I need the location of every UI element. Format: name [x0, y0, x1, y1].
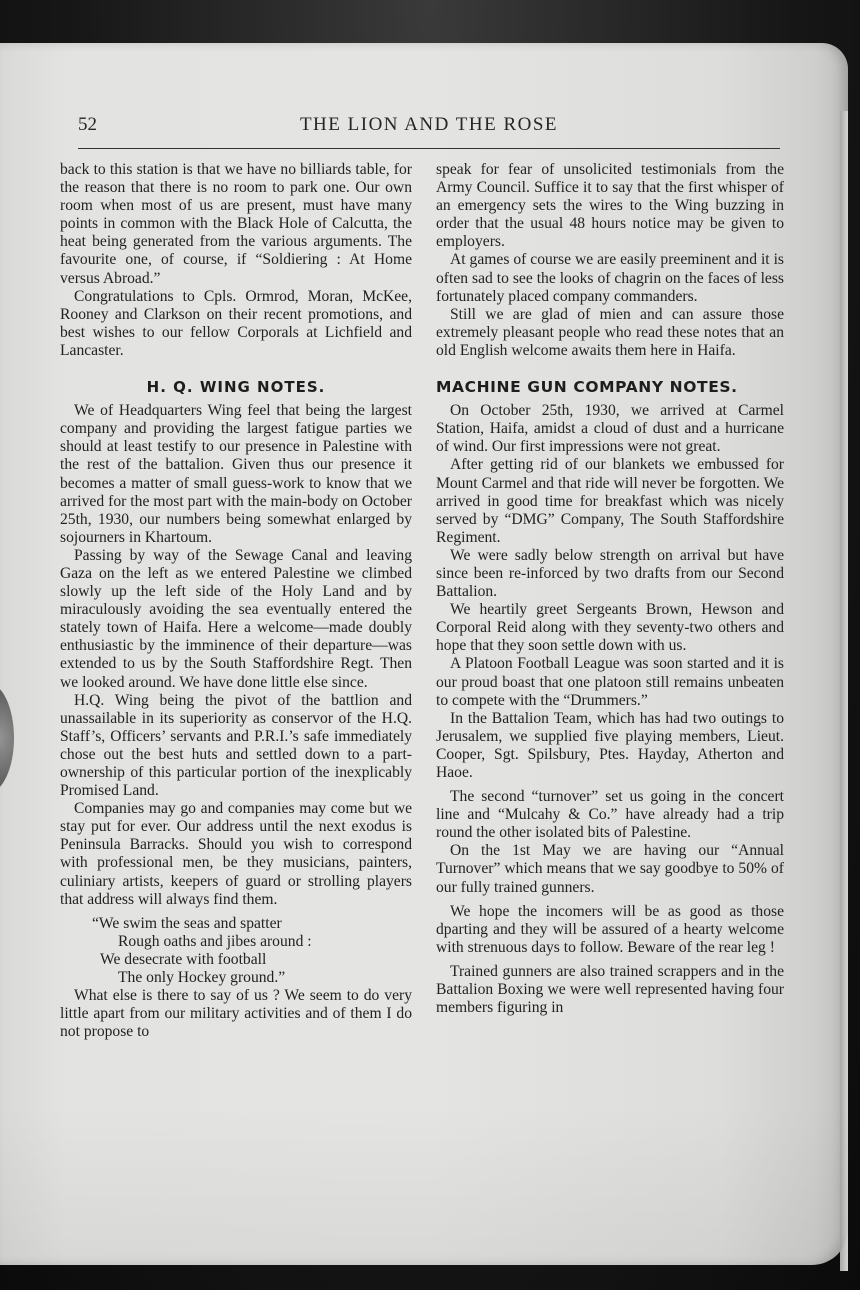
- verse-quote: “We swim the seas and spatter Rough oath…: [60, 915, 412, 987]
- verse-line: The only Hockey ground.”: [60, 969, 412, 987]
- paragraph: At games of course we are easily pre­emi…: [436, 251, 784, 305]
- right-column: speak for fear of unsolicited testimonia…: [436, 161, 784, 1017]
- paragraph: In the Battalion Team, which has had two…: [436, 710, 784, 782]
- verse-line: We desecrate with football: [60, 951, 412, 969]
- page-edge: [840, 111, 848, 1271]
- paragraph: back to this station is that we have no …: [60, 161, 412, 288]
- verse-line: “We swim the seas and spatter: [60, 915, 412, 933]
- paragraph: Trained gunners are also trained scrappe…: [436, 963, 784, 1017]
- paragraph: After getting rid of our blankets we em­…: [436, 456, 784, 546]
- binding-shadow: [0, 683, 14, 793]
- verse-line: Rough oaths and jibes around :: [60, 933, 412, 951]
- paragraph: Companies may go and companies may come …: [60, 800, 412, 909]
- paragraph: A Platoon Football League was soon start…: [436, 655, 784, 709]
- paragraph: We were sadly below strength on arrival …: [436, 547, 784, 601]
- header-rule: [78, 148, 780, 149]
- running-head: 52 THE LION AND THE ROSE: [78, 114, 780, 144]
- photo-background: 52 THE LION AND THE ROSE back to this st…: [0, 0, 860, 1290]
- left-column: back to this station is that we have no …: [60, 161, 412, 1041]
- paragraph: We of Headquarters Wing feel that being …: [60, 402, 412, 547]
- section-heading-hq-wing: H. Q. WING NOTES.: [60, 378, 412, 396]
- paragraph: What else is there to say of us ? We see…: [60, 987, 412, 1041]
- paragraph: On the 1st May we are having our “Annual…: [436, 842, 784, 896]
- paragraph: We hope the incomers will be as good as …: [436, 903, 784, 957]
- paragraph: Still we are glad of mien and can assure…: [436, 306, 784, 360]
- paragraph: speak for fear of unsolicited testimonia…: [436, 161, 784, 251]
- paragraph: Congratulations to Cpls. Ormrod, Moran, …: [60, 288, 412, 360]
- paragraph: H.Q. Wing being the pivot of the battlio…: [60, 692, 412, 801]
- paragraph: Passing by way of the Sewage Canal and l…: [60, 547, 412, 692]
- section-heading-machine-gun-company: MACHINE GUN COMPANY NOTES.: [436, 378, 784, 396]
- paragraph: We heartily greet Sergeants Brown, Hew­s…: [436, 601, 784, 655]
- journal-title: THE LION AND THE ROSE: [78, 114, 780, 136]
- paragraph: On October 25th, 1930, we arrived at Car…: [436, 402, 784, 456]
- paragraph: The second “turnover” set us going in th…: [436, 788, 784, 842]
